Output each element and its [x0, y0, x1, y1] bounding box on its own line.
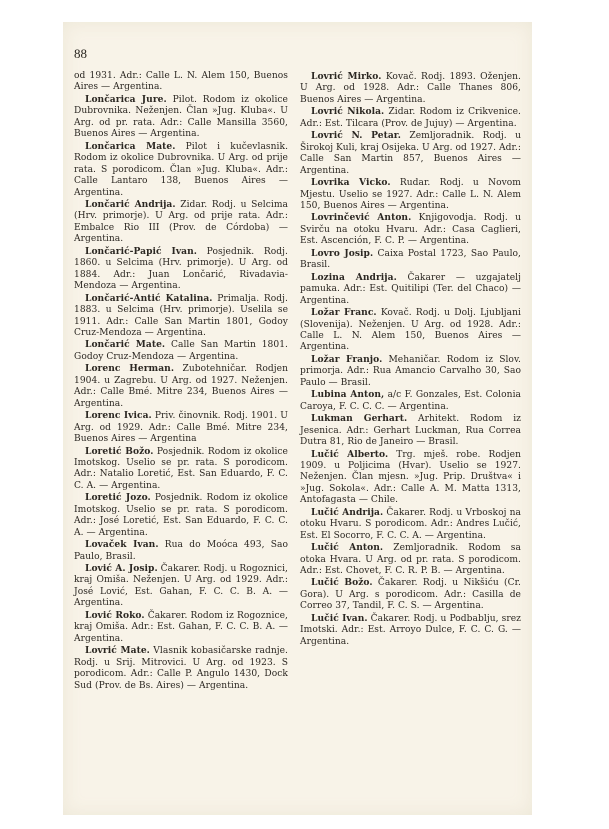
entry-name: Lončarić-Papić Ivan.	[85, 246, 197, 257]
directory-entry: Lozina Andrija. Čakarer — uzgajatelj pam…	[300, 272, 521, 307]
directory-entry: Lovrić Nikola. Zidar. Rodom iz Crikvenic…	[300, 106, 521, 130]
page-number: 88	[74, 46, 87, 62]
entry-name: Lončarić Mate.	[85, 339, 165, 350]
entry-name: Lučić Anton.	[311, 542, 383, 553]
directory-entry: Lončarić Mate. Calle San Martin 1801. Go…	[74, 339, 288, 363]
directory-entry: Lončarica Jure. Pilot. Rodom iz okolice …	[74, 94, 288, 141]
entry-name: Loretić Božo.	[85, 446, 153, 457]
directory-entry: Lučić Anton. Zemljoradnik. Rodom sa otok…	[300, 542, 521, 577]
directory-entry: od 1931. Adr.: Calle L. N. Alem 150, Bue…	[74, 71, 288, 94]
entry-name: Lovrić Mirko.	[311, 71, 381, 82]
directory-entry: Lovrić Mirko. Kovač. Rodj. 1893. Oženjen…	[300, 71, 521, 106]
directory-entry: Lovrić Mate. Vlasnik kobasičarske radnje…	[74, 645, 288, 692]
entry-name: Lović Roko.	[85, 610, 145, 621]
directory-entry: Lončarić-Papić Ivan. Posjednik. Rodj. 18…	[74, 246, 288, 293]
entry-name: Lončarica Mate.	[85, 141, 175, 152]
directory-entry: Lovrić N. Petar. Zemljoradnik. Rodj. u Š…	[300, 130, 521, 177]
directory-entry: Lončarić Andrija. Zidar. Rodj. u Selcima…	[74, 199, 288, 246]
entry-name: Lovro Josip.	[311, 248, 373, 259]
directory-entry: Lovaček Ivan. Rua do Moóca 493, Sao Paul…	[74, 539, 288, 563]
directory-entry: Lučić Andrija. Čakarer. Rodj. u Vrboskoj…	[300, 507, 521, 542]
directory-entry: Lončarić-Antić Katalina. Primalja. Rodj.…	[74, 293, 288, 340]
directory-entry: Lučić Ivan. Čakarer. Rodj. u Podbablju, …	[300, 613, 521, 648]
directory-entry: Lučić Alberto. Trg. mješ. robe. Rodjen 1…	[300, 449, 521, 507]
entry-name: Lovrić Mate.	[85, 645, 150, 656]
entry-text: od 1931. Adr.: Calle L. N. Alem 150, Bue…	[74, 71, 288, 92]
entry-name: Lukman Gerhart.	[311, 413, 407, 424]
entry-name: Lončarić Andrija.	[85, 199, 176, 210]
entry-name: Lovrika Vicko.	[311, 177, 391, 188]
directory-entry: Ložar Franjo. Mehaničar. Rodom iz Slov. …	[300, 354, 521, 389]
entry-name: Lovrić Nikola.	[311, 106, 384, 117]
entry-name: Loretić Jozo.	[85, 492, 151, 503]
entry-name: Lučić Ivan.	[311, 613, 368, 624]
entry-name: Lučić Božo.	[311, 577, 373, 588]
entry-name: Lorenc Ivica.	[85, 410, 152, 421]
directory-entry: Lorenc Herman. Zubotehničar. Rodjen 1904…	[74, 363, 288, 410]
right-column: Lovrić Mirko. Kovač. Rodj. 1893. Oženjen…	[300, 71, 521, 648]
directory-entry: Lončarica Mate. Pilot i kučevlasnik. Rod…	[74, 141, 288, 199]
directory-entry: Lukman Gerhart. Arhitekt. Rodom iz Jesen…	[300, 413, 521, 448]
directory-entry: Lovro Josip. Caixa Postal 1723, Sao Paul…	[300, 248, 521, 272]
entry-name: Ložar Franjo.	[311, 354, 382, 365]
directory-entry: Lubina Anton, a/c F. Gonzales, Est. Colo…	[300, 389, 521, 413]
entry-name: Lubina Anton,	[311, 389, 384, 400]
entry-name: Lovaček Ivan.	[85, 539, 159, 550]
entry-name: Lučić Andrija.	[311, 507, 383, 518]
left-column: od 1931. Adr.: Calle L. N. Alem 150, Bue…	[74, 71, 288, 692]
directory-entry: Lovrika Vicko. Rudar. Rodj. u Novom Mjes…	[300, 177, 521, 212]
directory-entry: Lovrinčević Anton. Knjigovodja. Rodj. u …	[300, 212, 521, 247]
entry-name: Ložar Franc.	[311, 307, 377, 318]
entry-name: Lorenc Herman.	[85, 363, 174, 374]
directory-entry: Lović A. Josip. Čakarer. Rodj. u Rogozni…	[74, 563, 288, 610]
directory-entry: Lučić Božo. Čakarer. Rodj. u Nikšiću (Cr…	[300, 577, 521, 612]
entry-name: Lozina Andrija.	[311, 272, 397, 283]
directory-entry: Ložar Franc. Kovač. Rodj. u Dolj. Ljublj…	[300, 307, 521, 354]
directory-entry: Loretić Jozo. Posjednik. Rodom iz okolic…	[74, 492, 288, 539]
entry-name: Lončarić-Antić Katalina.	[85, 293, 213, 304]
entry-name: Lončarica Jure.	[85, 94, 167, 105]
directory-entry: Lović Roko. Čakarer. Rodom iz Rogoznice,…	[74, 610, 288, 645]
directory-entry: Lorenc Ivica. Priv. činovnik. Rodj. 1901…	[74, 410, 288, 445]
entry-name: Lovrinčević Anton.	[311, 212, 411, 223]
directory-entry: Loretić Božo. Posjednik. Rodom iz okolic…	[74, 446, 288, 493]
entry-name: Lović A. Josip.	[85, 563, 158, 574]
entry-name: Lovrić N. Petar.	[311, 130, 401, 141]
entry-name: Lučić Alberto.	[311, 449, 388, 460]
